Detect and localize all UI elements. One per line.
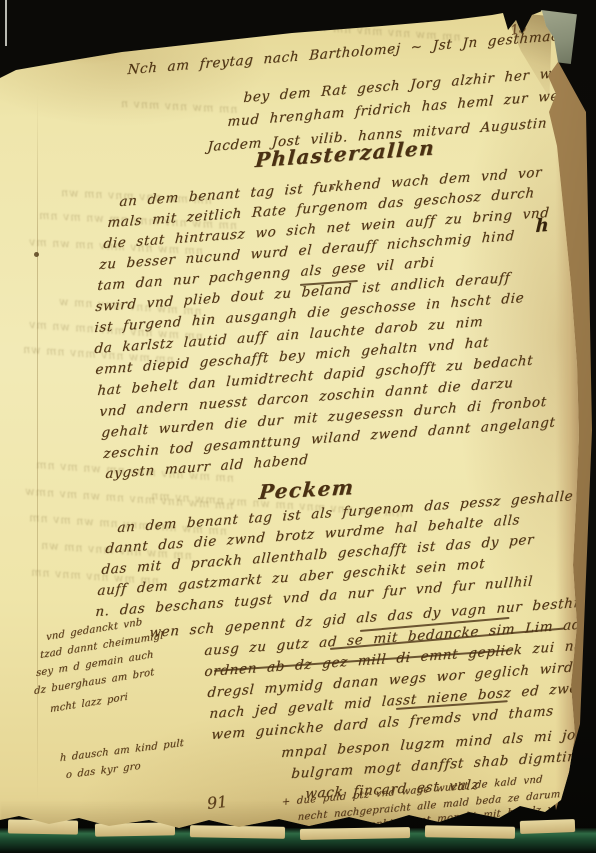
manuscript-page: nm mw nnv mnv nm wn mv nmw nv mn wm nvmn… — [0, 0, 596, 853]
ink-stain — [84, 26, 96, 35]
manuscript-line: mcht lazz pori — [50, 692, 128, 715]
ink-stain — [34, 252, 39, 257]
manuscript-photo: nm mw nnv mnv nm wn mv nmw nv mn wm nvmn… — [0, 0, 596, 853]
section-heading: Peckem — [258, 475, 356, 504]
bottom-page-number: 91 — [206, 792, 228, 813]
under-page-strip — [300, 827, 410, 840]
manuscript-line: h dausch am kind pult — [60, 738, 184, 764]
bleed-through-mark: nm mw nnv mnv n — [120, 97, 238, 116]
under-page-strip — [190, 825, 285, 839]
manuscript-line: h — [535, 215, 549, 238]
manuscript-line: o das kyr gro — [66, 761, 141, 781]
spine-highlight — [5, 0, 7, 46]
under-page-strip — [425, 825, 515, 839]
under-page-strip — [520, 819, 575, 834]
bleed-through-mark: nm mw nnv mnv nm wn mv nmw — [24, 485, 234, 513]
